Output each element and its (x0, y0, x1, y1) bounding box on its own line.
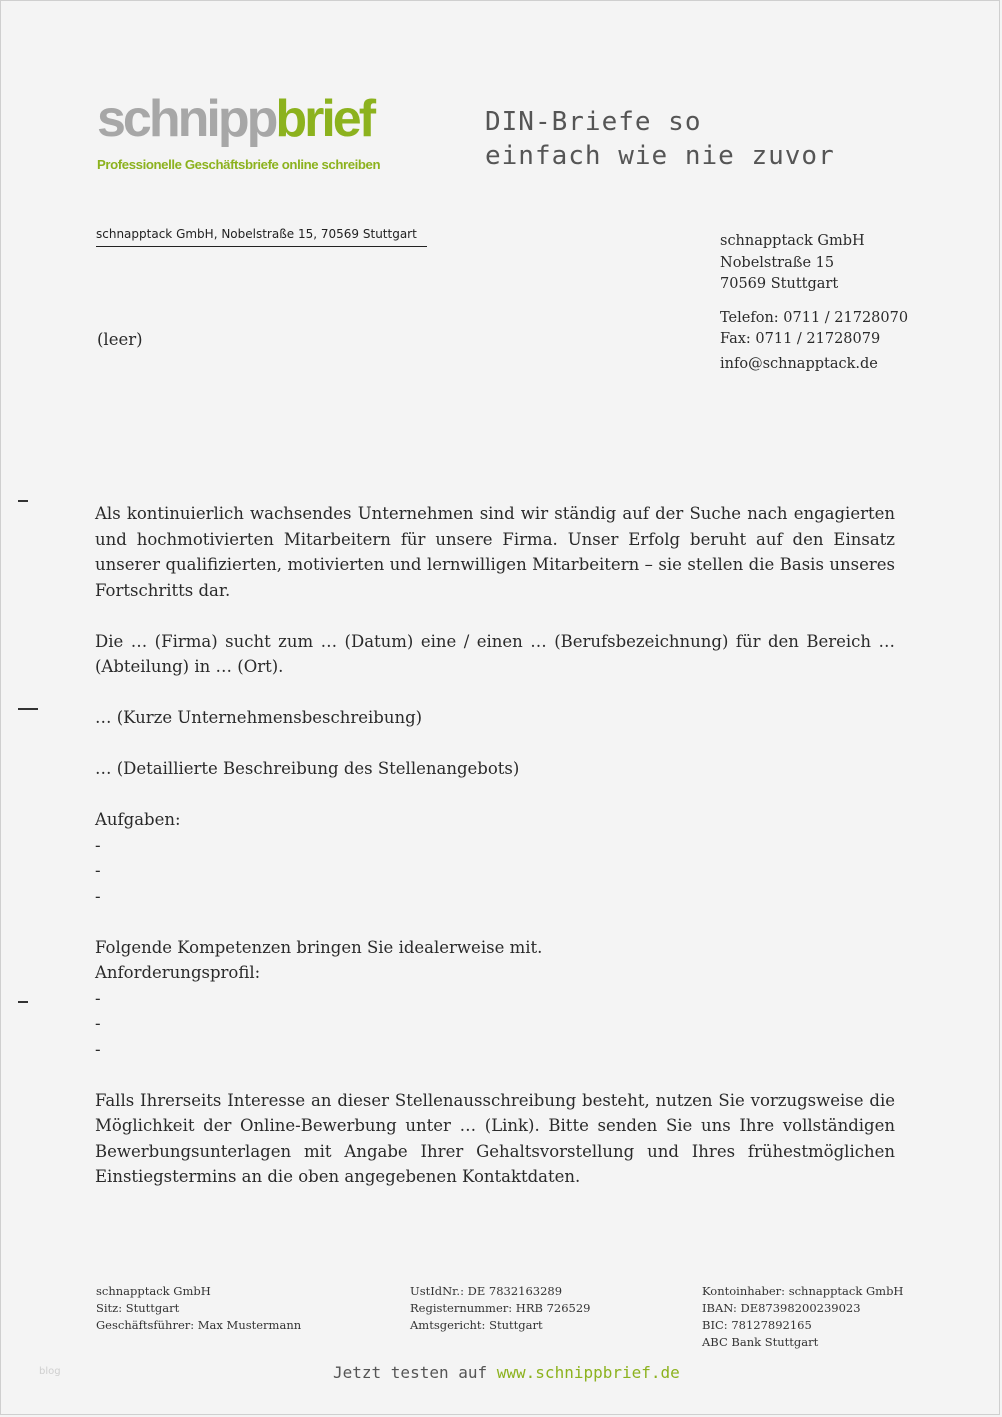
logo-part-green: brief (275, 90, 373, 148)
footer-line: ABC Bank Stuttgart (702, 1334, 903, 1351)
logo: schnippbrief (97, 93, 373, 145)
letter-page: schnippbrief Professionelle Geschäftsbri… (0, 0, 1000, 1415)
paragraph-job-description: … (Detaillierte Beschreibung des Stellen… (95, 756, 895, 782)
call-to-action: Jetzt testen auf www.schnippbrief.de (333, 1363, 680, 1382)
contact-fax: Fax: 0711 / 21728079 (720, 329, 908, 351)
cta-text: Jetzt testen auf (333, 1363, 487, 1382)
footer-line: Kontoinhaber: schnapptack GmbH (702, 1283, 903, 1300)
footer-line: Sitz: Stuttgart (96, 1300, 301, 1317)
profile-label: Anforderungsprofil: (95, 960, 895, 986)
footer-line: Registernummer: HRB 726529 (410, 1300, 590, 1317)
profile-item: - (95, 1037, 895, 1063)
slogan-line-1: DIN-Briefe so (485, 105, 835, 139)
task-item: - (95, 858, 895, 884)
profile-item: - (95, 1011, 895, 1037)
competences-text: Folgende Kompetenzen bringen Sie idealer… (95, 935, 895, 961)
fold-mark-top (18, 500, 28, 502)
footer-line: schnapptack GmbH (96, 1283, 301, 1300)
fold-mark-bottom (18, 1001, 28, 1003)
logo-tagline: Professionelle Geschäftsbriefe online sc… (97, 157, 380, 172)
footer-registration-info: UstIdNr.: DE 7832163289 Registernummer: … (410, 1283, 590, 1334)
footer-line: BIC: 78127892165 (702, 1317, 903, 1334)
tasks-section: Aufgaben: - - - (95, 807, 895, 909)
sender-address-line: schnapptack GmbH, Nobelstraße 15, 70569 … (96, 227, 427, 247)
footer-bank-info: Kontoinhaber: schnapptack GmbH IBAN: DE8… (702, 1283, 903, 1351)
task-item: - (95, 833, 895, 859)
logo-part-grey: schnipp (97, 90, 275, 148)
cta-link[interactable]: www.schnippbrief.de (497, 1363, 680, 1382)
task-item: - (95, 884, 895, 910)
letter-body: Als kontinuierlich wachsendes Unternehme… (95, 501, 895, 1215)
contact-phone: Telefon: 0711 / 21728070 (720, 308, 908, 330)
contact-street: Nobelstraße 15 (720, 253, 908, 275)
paragraph-position: Die … (Firma) sucht zum … (Datum) eine /… (95, 629, 895, 680)
recipient-address: (leer) (97, 330, 143, 349)
slogan-line-2: einfach wie nie zuvor (485, 139, 835, 173)
profile-item: - (95, 986, 895, 1012)
footer-company-info: schnapptack GmbH Sitz: Stuttgart Geschäf… (96, 1283, 301, 1334)
contact-block: schnapptack GmbH Nobelstraße 15 70569 St… (720, 231, 908, 375)
punch-mark (18, 708, 38, 710)
paragraph-closing: Falls Ihrerseits Interesse an dieser Ste… (95, 1088, 895, 1190)
contact-email: info@schnapptack.de (720, 354, 908, 376)
footer-line: UstIdNr.: DE 7832163289 (410, 1283, 590, 1300)
watermark: blog (39, 1366, 61, 1377)
footer-line: Amtsgericht: Stuttgart (410, 1317, 590, 1334)
paragraph-intro: Als kontinuierlich wachsendes Unternehme… (95, 501, 895, 603)
contact-city: 70569 Stuttgart (720, 274, 908, 296)
paragraph-company-description: … (Kurze Unternehmensbeschreibung) (95, 705, 895, 731)
slogan: DIN-Briefe so einfach wie nie zuvor (485, 105, 835, 173)
footer-line: Geschäftsführer: Max Mustermann (96, 1317, 301, 1334)
profile-section: Folgende Kompetenzen bringen Sie idealer… (95, 935, 895, 1063)
tasks-label: Aufgaben: (95, 807, 895, 833)
footer-line: IBAN: DE87398200239023 (702, 1300, 903, 1317)
contact-company: schnapptack GmbH (720, 231, 908, 253)
